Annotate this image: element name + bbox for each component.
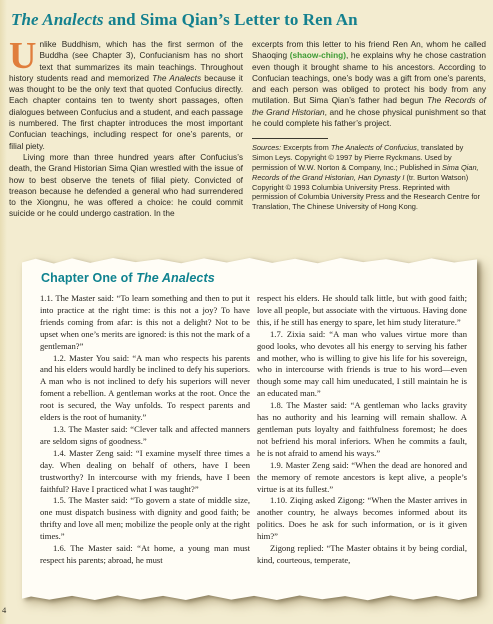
passage-1-10: 1.10. Ziqing asked Zigong: “When the Mas… bbox=[257, 495, 467, 543]
passage-1-7: 1.7. Zixia said: “A man who values virtu… bbox=[257, 329, 467, 400]
intro-column-right: excerpts from this letter to his friend … bbox=[252, 39, 486, 220]
sources-divider-rule bbox=[252, 138, 328, 139]
intro-paragraph: Living more than three hundred years aft… bbox=[9, 152, 243, 220]
box-heading: Chapter One of The Analects bbox=[41, 271, 467, 285]
passage-1-9: 1.9. Master Zeng said: “When the dead ar… bbox=[257, 460, 467, 496]
passage-1-4: 1.4. Master Zeng said: “I examine myself… bbox=[40, 448, 250, 496]
intro-paragraph: excerpts from this letter to his friend … bbox=[252, 39, 486, 129]
passage-1-6-continued: respect his elders. He should talk littl… bbox=[257, 293, 467, 329]
dropcap-letter: U bbox=[9, 41, 36, 71]
passage-1-3: 1.3. The Master said: “Clever talk and a… bbox=[40, 424, 250, 448]
textbook-page: The Analects and Sima Qian’s Letter to R… bbox=[0, 0, 493, 624]
analects-excerpt-box: Chapter One of The Analects 1.1. The Mas… bbox=[22, 257, 477, 601]
torn-paper-panel: Chapter One of The Analects 1.1. The Mas… bbox=[22, 257, 477, 601]
intro-paragraph-text: nlike Buddhism, which has the first serm… bbox=[9, 39, 243, 151]
intro-column-left: Unlike Buddhism, which has the first ser… bbox=[9, 39, 243, 220]
box-columns: 1.1. The Master said: “To learn somethin… bbox=[40, 293, 467, 567]
passage-1-5: 1.5. The Master said: “To govern a state… bbox=[40, 495, 250, 543]
passage-zigong-reply: Zigong replied: “The Master obtains it b… bbox=[257, 543, 467, 567]
intro-section: The Analects and Sima Qian’s Letter to R… bbox=[0, 0, 493, 220]
passage-1-2: 1.2. Master You said: “A man who respect… bbox=[40, 353, 250, 424]
page-number: 4 bbox=[2, 605, 6, 615]
intro-columns: Unlike Buddhism, which has the first ser… bbox=[9, 39, 486, 220]
box-column-left: 1.1. The Master said: “To learn somethin… bbox=[40, 293, 250, 567]
passage-1-8: 1.8. The Master said: “A gentleman who l… bbox=[257, 400, 467, 460]
box-column-right: respect his elders. He should talk littl… bbox=[257, 293, 467, 567]
passage-1-1: 1.1. The Master said: “To learn somethin… bbox=[40, 293, 250, 353]
intro-paragraph: Unlike Buddhism, which has the first ser… bbox=[9, 39, 243, 152]
page-title: The Analects and Sima Qian’s Letter to R… bbox=[11, 10, 486, 30]
passage-1-6: 1.6. The Master said: “At home, a young … bbox=[40, 543, 250, 567]
sources-note: Sources: Excerpts from The Analects of C… bbox=[252, 143, 486, 212]
